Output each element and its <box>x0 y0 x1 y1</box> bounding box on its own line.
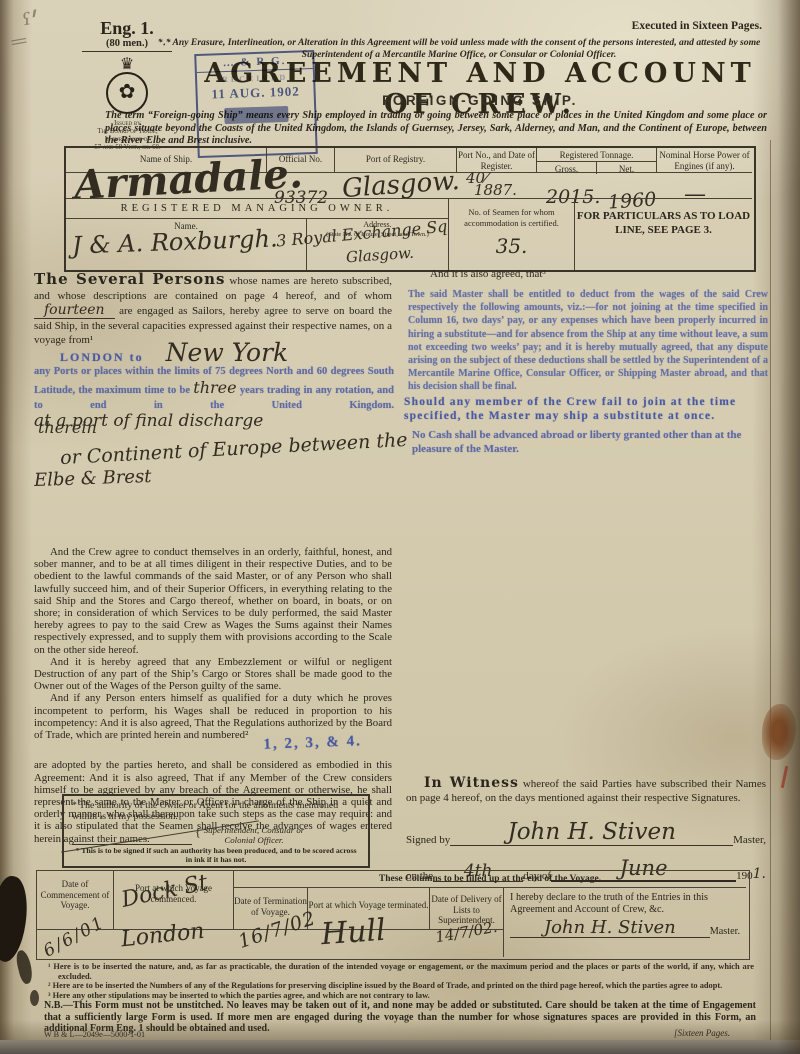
route-origin-stamp: LONDON to <box>60 350 144 364</box>
right-page-edge <box>778 0 800 1054</box>
footnotes-block: ¹ Here is to be inserted the nature, and… <box>48 962 754 1000</box>
deduction-clause-stamp: The said Master shall be entitled to ded… <box>408 288 768 394</box>
span-header: These Columns to be filled up at the end… <box>233 871 746 887</box>
conduct-paragraph: And the Crew agree to conduct themselves… <box>34 546 392 656</box>
witness-lead: In Witness <box>424 775 519 791</box>
also-agreed-text: And it is also agreed, that³ <box>430 268 546 280</box>
footnote-2: ² Here are to be inserted the Numbers of… <box>48 981 754 991</box>
route-destination-hw: New York <box>166 338 289 367</box>
scan-background-edge <box>0 1040 800 1054</box>
port-no-value: 40⁄ 1887. <box>466 172 517 196</box>
allotment-authority-box: * The authority of the Owner or Agent fo… <box>62 794 370 868</box>
therein-hw: therein <box>38 418 97 437</box>
elbe-brest-hw: Elbe & Brest <box>34 466 152 491</box>
declaration-master-label: Master. <box>710 926 740 938</box>
allotment-note: * This is to be signed if such an author… <box>72 847 360 865</box>
board-of-trade-crest-icon: ♛ ✿ <box>96 58 158 114</box>
date-stamp: … & R.G. RECEIVED 11 AUG. 1902 <box>194 50 318 158</box>
ink-drip-stain <box>14 949 35 985</box>
embezzlement-paragraph: And it is hereby agreed that any Embezzl… <box>34 656 392 693</box>
loadline-note: FOR PARTICULARS AS TO LOAD LINE, SEE PAG… <box>574 198 752 270</box>
form-number: Eng. 1. <box>82 18 172 39</box>
several-persons-lead: The Several Persons <box>34 270 225 288</box>
declaration-signature-hw: John H. Stiven <box>544 917 676 938</box>
signed-by-row: Signed by John H. Stiven Master, <box>406 819 766 846</box>
master-signature-hw: John H. Stiven <box>507 819 675 845</box>
tonnage-label: Registered Tonnage. <box>537 148 656 162</box>
footnote-3: ³ Here any other stipulations may be ins… <box>48 991 754 1001</box>
ship-details-table: Name of Ship. Official No. Port of Regis… <box>64 146 756 272</box>
crew-agreement-document: Eng. 1. (80 men.) ♛ ✿ Issued by The Boar… <box>0 0 800 1054</box>
no-cash-clause-stamp: No Cash shall be advanced abroad or libe… <box>412 428 772 456</box>
ink-blot-stain <box>0 874 32 964</box>
voyage-summary-table: Date of Commencement of Voyage. Port at … <box>36 870 750 960</box>
allotment-line: * The authority of the Owner or Agent fo… <box>72 800 360 822</box>
brace: { <box>192 825 204 845</box>
garter-rose-icon: ✿ <box>106 72 148 114</box>
seamen-value: 35. <box>449 234 574 258</box>
crown-icon: ♛ <box>96 58 158 72</box>
year-digit-hw: 1. <box>753 866 766 882</box>
document-subtitle: FOREIGN-GOING SHIP. <box>300 93 660 108</box>
owner-section-title: REGISTERED MANAGING OWNER. <box>66 198 448 218</box>
witness-section: In Witness whereof the said Parties have… <box>406 776 766 882</box>
ink-spot-stain <box>30 990 39 1006</box>
also-agreed-lead: And it is also agreed, that³ <box>412 268 768 280</box>
declaration-cell: I hereby declare to the truth of the Ent… <box>503 887 746 957</box>
bottom-page-shadow <box>0 1020 800 1040</box>
page-fold-rule <box>770 140 771 1040</box>
declaration-text: I hereby declare to the truth of the Ent… <box>510 892 740 916</box>
route-years-hw: three <box>193 378 236 397</box>
stamp-smudge <box>224 106 289 124</box>
pencil-scribble: ‗ˁʹ <box>6 1 74 61</box>
port-terminated-value-hw: Hull <box>320 913 387 952</box>
seamen-label: No. of Seamen for whom accommodation is … <box>449 199 574 228</box>
executed-pages-note: Executed in Sixteen Pages. <box>632 20 762 32</box>
col-header-tonnage: Registered Tonnage. Gross. Net. <box>536 148 656 172</box>
seamen-accommodation-cell: No. of Seamen for whom accommodation is … <box>448 198 574 270</box>
several-persons-paragraph: The Several Persons whose names are here… <box>34 272 392 348</box>
col-header-horse-power: Nominal Horse Power of Engines (if any). <box>656 148 752 172</box>
continent-hw: or Continent of Europe between the <box>60 429 408 469</box>
register-year: 1887. <box>474 181 517 199</box>
whom-count-value: fourteen <box>34 302 115 319</box>
substitute-clause-stamp: Should any member of the Crew fail to jo… <box>404 396 772 423</box>
voyage-route-block: LONDON to New York <box>34 338 394 367</box>
master-label: Master, <box>733 834 766 846</box>
officer-title-line2: Colonial Officer. <box>204 835 304 845</box>
footnote-1: ¹ Here is to be inserted the nature, and… <box>48 962 754 981</box>
signed-by-label: Signed by <box>406 834 450 846</box>
